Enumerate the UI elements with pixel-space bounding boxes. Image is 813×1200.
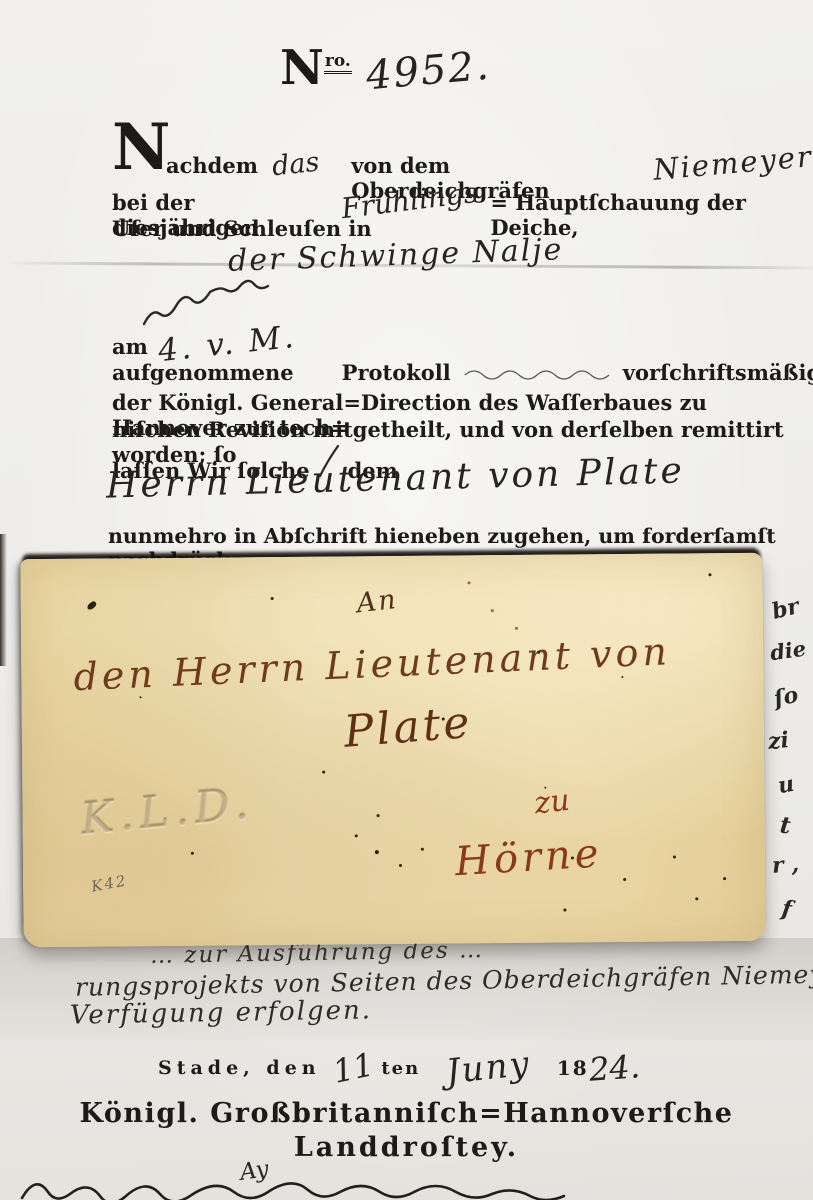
- handwritten-day: 11: [329, 1045, 377, 1091]
- margin-writing-fragment: f: [780, 895, 793, 922]
- scan-edge-shadow: [0, 534, 7, 666]
- ink-speck: [537, 651, 540, 654]
- handwritten-insertion: das: [270, 147, 320, 183]
- ink-speck: [623, 878, 626, 881]
- para2-line1: aufgenommene Protokoll vorſchriftsmäßig: [112, 360, 718, 385]
- margin-writing-fragment: die: [768, 636, 807, 666]
- printed-text: ten: [381, 1058, 420, 1079]
- ink-speck: [571, 856, 574, 859]
- pencil-mark: K42: [90, 871, 129, 895]
- number-label: N: [280, 40, 324, 96]
- printed-text: am: [112, 334, 148, 359]
- envelope-address-line: den Herrn Lieutenant von: [73, 629, 672, 699]
- authority-line1: Königl. Großbritanniſch=Hannoverſche: [0, 1098, 813, 1129]
- ink-speck: [399, 864, 402, 867]
- ink-speck: [621, 676, 623, 678]
- handwritten-month: Juny: [444, 1044, 532, 1093]
- dateline: Stade, den 11 ten Juny 18 24.: [158, 1048, 640, 1088]
- para2-am-line: am 4. v. M.: [112, 326, 296, 362]
- ink-speck: [442, 718, 445, 721]
- printed-text: achdem: [166, 153, 258, 178]
- handwritten-line: Verfügung erfolgen.: [70, 995, 373, 1030]
- ink-speck: [375, 850, 379, 854]
- envelope-overlay: An den Herrn Lieutenant von Plate zu Hör…: [20, 553, 765, 947]
- printed-text: vorſchriftsmäßig: [623, 360, 813, 385]
- ink-speck: [491, 609, 494, 612]
- margin-writing-fragment: zi: [767, 727, 790, 755]
- envelope-address-zu: zu: [533, 783, 572, 822]
- authority-line2: Landdroſtey.: [0, 1132, 813, 1163]
- ink-speck: [544, 787, 546, 789]
- number-value-handwritten: 4952.: [364, 43, 492, 100]
- wavy-fill-line: [465, 367, 615, 379]
- ink-speck: [322, 771, 325, 774]
- number-superscript: ro.: [324, 51, 352, 74]
- dropcap-initial: N: [112, 116, 171, 180]
- margin-writing-fragment: r ,: [771, 851, 800, 879]
- margin-writing-fragment: br: [769, 593, 801, 625]
- margin-writing-fragment: u: [776, 771, 796, 799]
- ink-speck: [563, 908, 566, 911]
- ink-speck: [377, 814, 380, 817]
- printed-text: aufgenommene: [112, 360, 294, 385]
- ink-speck: [708, 573, 711, 576]
- ink-speck: [140, 696, 142, 698]
- ink-speck: [468, 581, 471, 584]
- ink-speck: [86, 600, 98, 611]
- scanned-document-page: N ro. 4952. N achdem das von dem Oberdei…: [0, 0, 813, 1200]
- ink-speck: [355, 834, 358, 837]
- ink-speck: [515, 627, 518, 630]
- ink-speck: [723, 877, 726, 880]
- margin-writing-fragment: t: [779, 812, 792, 840]
- printed-text: Stade, den: [158, 1057, 321, 1079]
- cut-off-signature-flourish: [20, 1176, 640, 1200]
- envelope-address-town: Hörne: [454, 830, 604, 885]
- margin-writing-fragment: ſo: [772, 682, 801, 712]
- ink-speck: [673, 856, 676, 859]
- ink-speck: [695, 897, 698, 900]
- handwritten-name: Niemeyer: [652, 139, 813, 187]
- ink-speck: [421, 848, 424, 851]
- embossed-postal-stamp: K.L.D.: [78, 778, 256, 845]
- ink-speck: [191, 852, 194, 855]
- envelope-address-an: An: [355, 584, 399, 619]
- printed-text: 18: [557, 1056, 589, 1080]
- ink-speck: [271, 597, 274, 600]
- para1-line3: Ufer und Schleuſen in: [112, 216, 372, 241]
- printed-text: Protokoll: [342, 360, 451, 385]
- handwritten-year: 24.: [587, 1047, 640, 1088]
- envelope-address-name: Plate: [342, 697, 474, 758]
- document-number: N ro. 4952.: [280, 40, 490, 96]
